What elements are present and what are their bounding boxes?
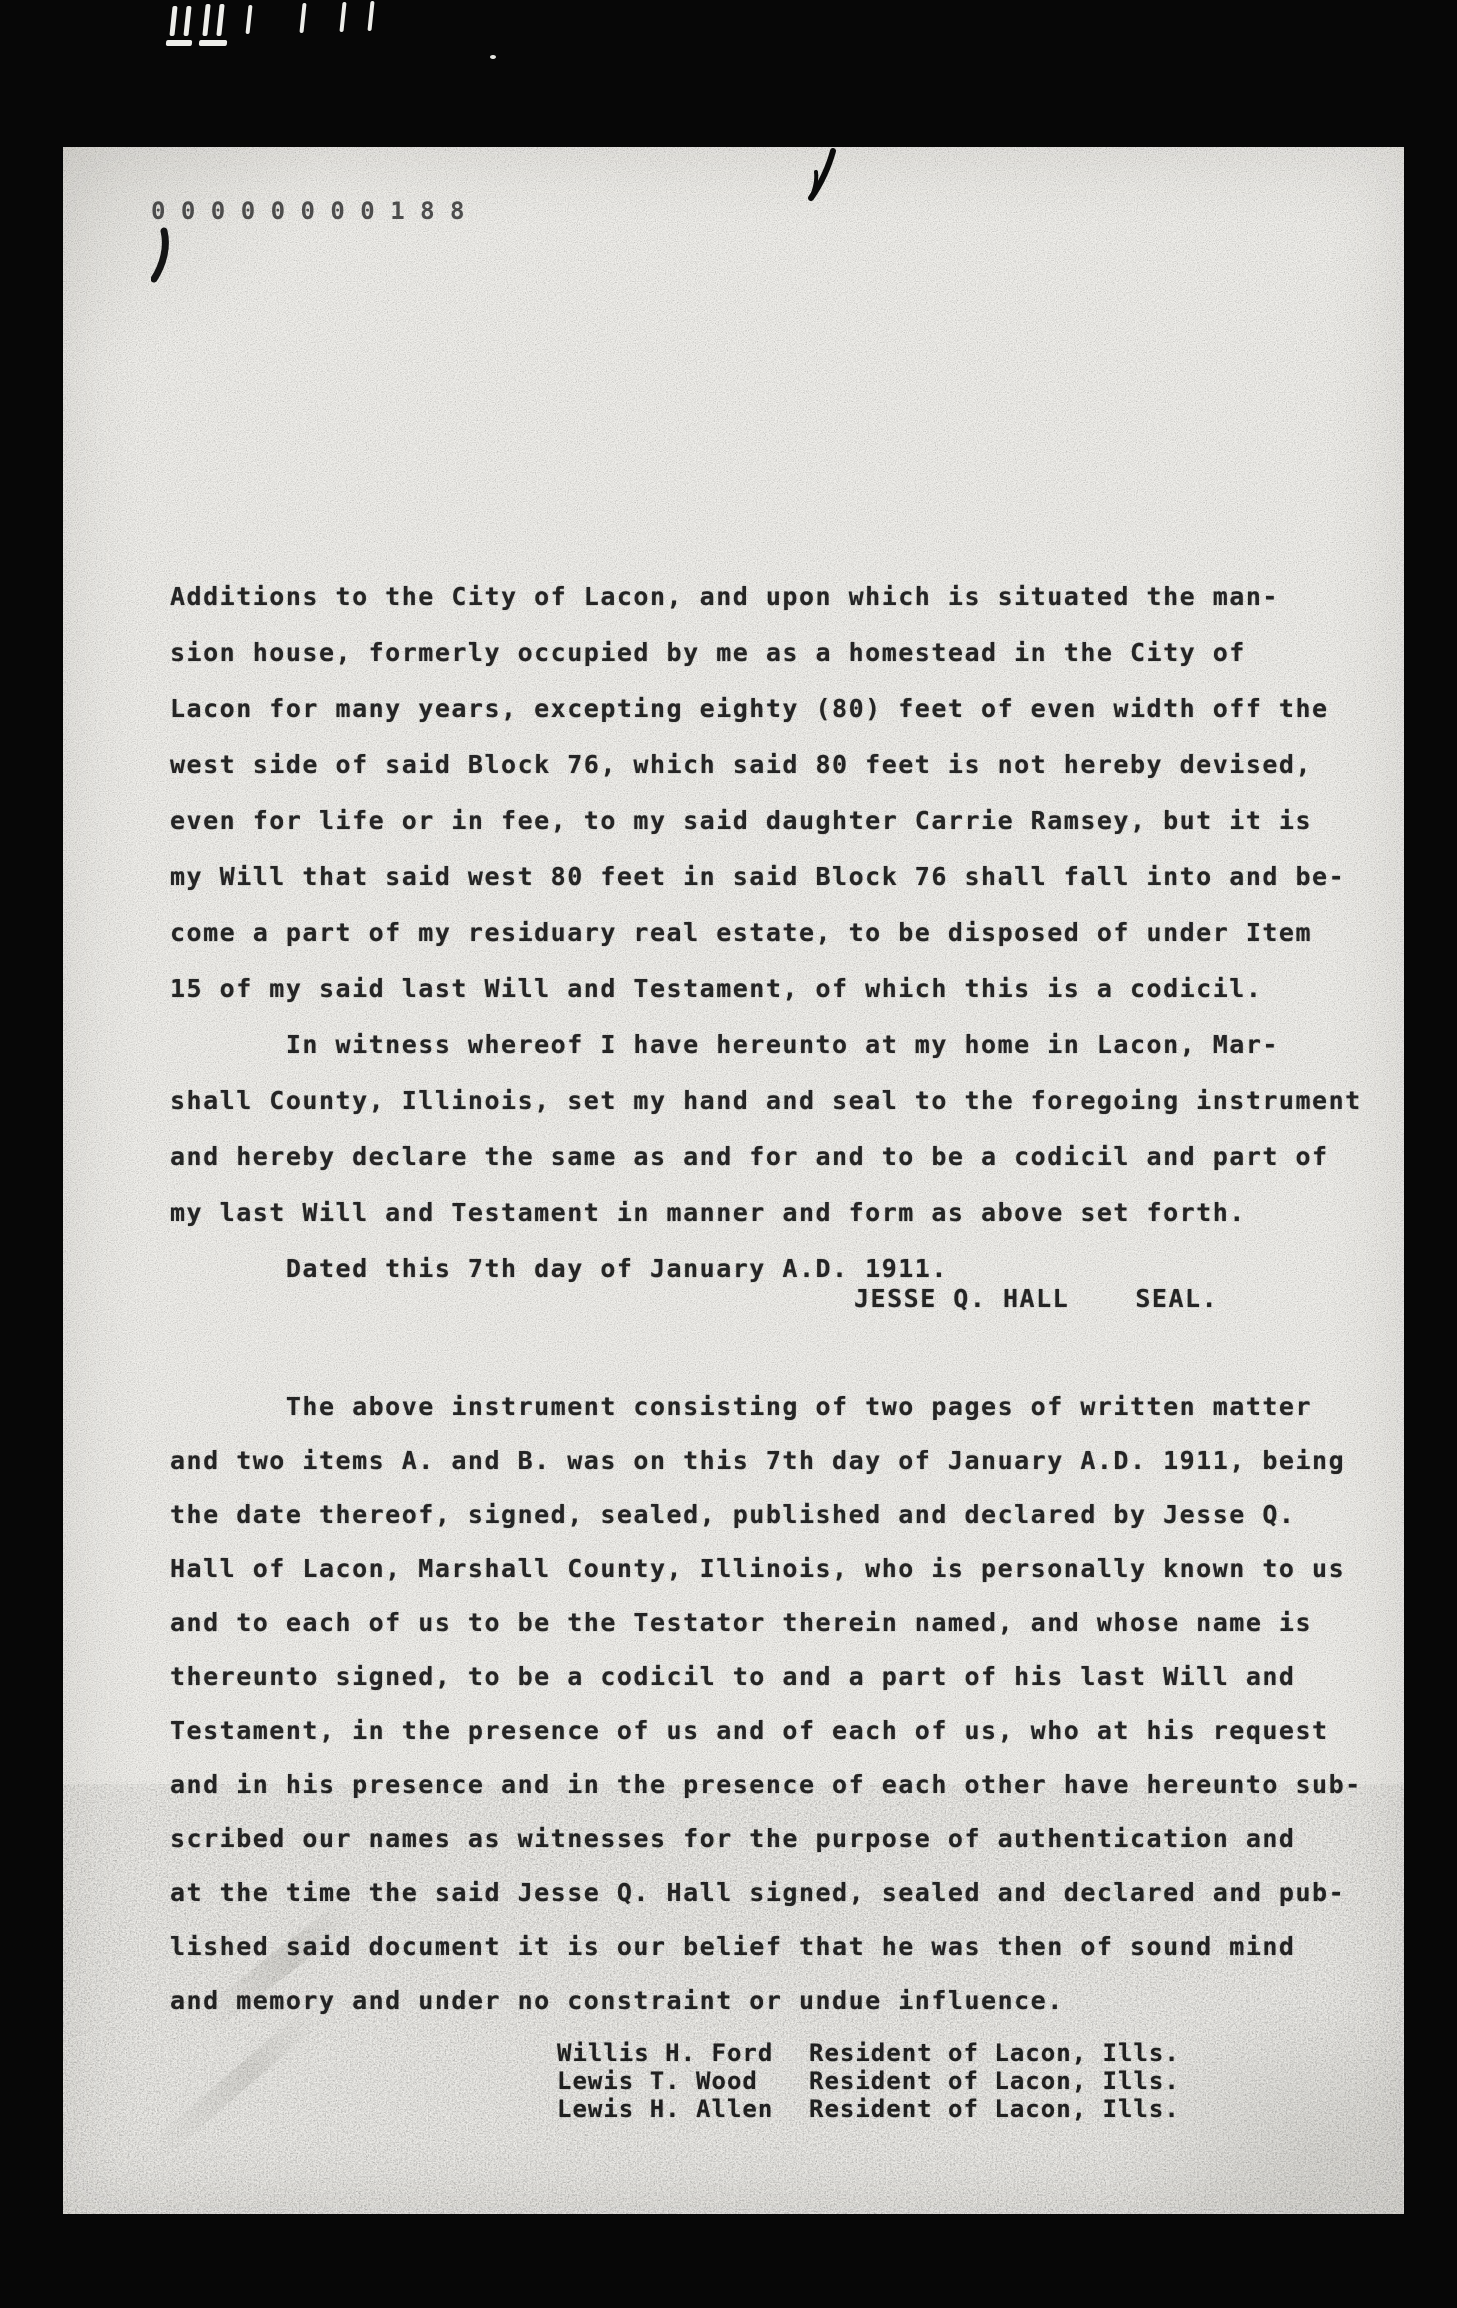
signature-seal-line: JESSE Q. HALL SEAL. [854, 1284, 1218, 1314]
witness-residence: Resident of Lacon, Ills. [809, 2039, 1180, 2067]
film-mark [199, 40, 228, 46]
witness-row: Willis H. FordResident of Lacon, Ills. [557, 2039, 1180, 2067]
witness-residence: Resident of Lacon, Ills. [809, 2095, 1180, 2123]
film-mark [166, 40, 193, 46]
film-mark [183, 6, 191, 36]
scan-smudge [63, 147, 323, 367]
ink-comma-mark [151, 227, 173, 285]
witness-row: Lewis H. AllenResident of Lacon, Ills. [557, 2095, 1180, 2123]
film-mark [216, 4, 224, 36]
attestation-paragraph: The above instrument consisting of two p… [170, 1380, 1362, 2028]
film-mark [299, 3, 306, 33]
film-mark [245, 5, 252, 34]
witness-row: Lewis T. WoodResident of Lacon, Ills. [557, 2067, 1180, 2095]
witness-residence: Resident of Lacon, Ills. [809, 2067, 1180, 2095]
witness-name: Willis H. Ford [557, 2039, 809, 2067]
witness-list: Willis H. FordResident of Lacon, Ills.Le… [557, 2039, 1180, 2123]
film-mark [339, 2, 346, 32]
page-number-stamp: 0 0 0 0 0 0 0 0 1 8 8 [151, 197, 465, 225]
film-dust-speck [490, 55, 496, 59]
film-mark [202, 4, 210, 36]
film-mark [169, 6, 177, 36]
film-mark [367, 1, 374, 31]
witness-name: Lewis H. Allen [557, 2095, 809, 2123]
scanned-document-page: 0 0 0 0 0 0 0 0 1 8 8 Additions to the C… [0, 0, 1457, 2308]
ink-stroke-mark [802, 148, 838, 202]
witness-name: Lewis T. Wood [557, 2067, 809, 2095]
paper-sheet: 0 0 0 0 0 0 0 0 1 8 8 Additions to the C… [63, 147, 1404, 2214]
codicil-paragraphs: Additions to the City of Lacon, and upon… [170, 569, 1362, 1297]
